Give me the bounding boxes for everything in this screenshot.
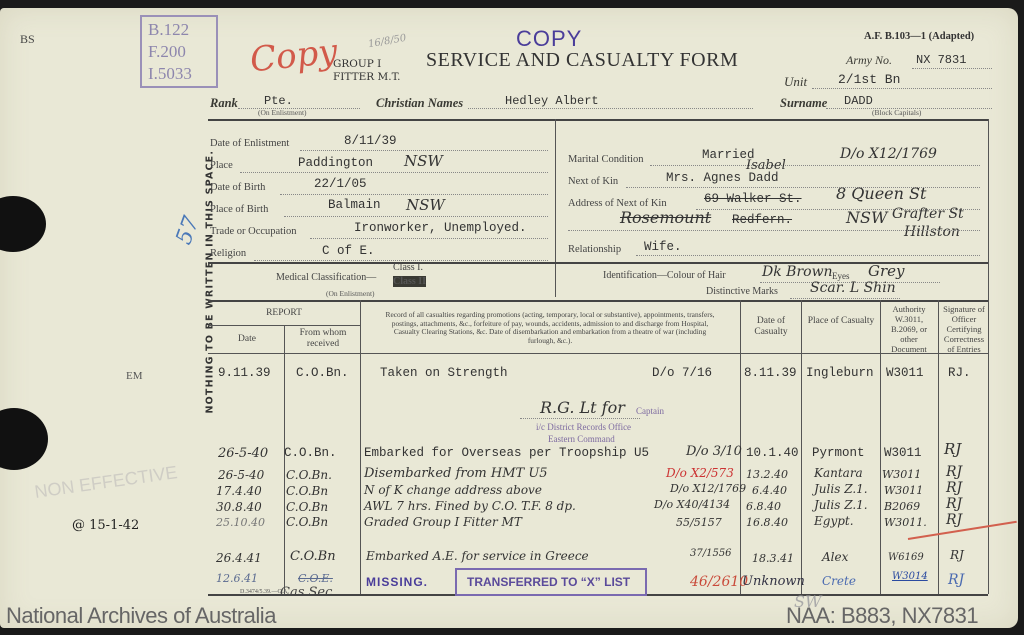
file-stamp-line-1: B.122 <box>148 19 210 41</box>
block-capitals-note: (Block Capitals) <box>872 108 921 117</box>
group-note: GROUP I FITTER M.T. <box>333 58 400 84</box>
punch-hole <box>0 196 46 252</box>
archive-name: National Archives of Australia <box>6 603 276 629</box>
file-reference-stamp: B.122 F.200 I.5033 <box>140 15 218 88</box>
archive-reference: NAA: B883, NX7831 <box>786 603 978 629</box>
address-hand-3: Grafter St <box>892 206 964 222</box>
margin-scribble: 57 <box>171 213 204 248</box>
date-of-birth-value: 22/1/05 <box>314 177 367 191</box>
medical-label: Medical Classification— <box>276 272 376 283</box>
place-of-birth-hand: NSW <box>406 196 445 214</box>
religion-label: Religion <box>210 248 246 259</box>
relationship-label: Relationship <box>568 244 621 255</box>
col-date-of-casualty: Date of Casualty <box>746 316 796 338</box>
place-value: Paddington <box>298 156 373 170</box>
relationship-value: Wife. <box>644 240 682 254</box>
distinctive-marks-value: Scar. L Shin <box>810 280 896 296</box>
christian-names-label: Christian Names <box>376 96 463 111</box>
address-struck-hand: Rosemount <box>620 208 711 227</box>
address-hand-1: 8 Queen St <box>836 184 926 203</box>
place-label: Place <box>210 160 233 171</box>
eyes-colour: Grey <box>868 262 905 280</box>
margin-date: @ 15-1-42 <box>72 518 139 533</box>
pencil-date: 16/8/50 <box>367 33 407 51</box>
place-of-birth-label: Place of Birth <box>210 204 268 215</box>
date-of-birth-label: Date of Birth <box>210 182 265 193</box>
marital-hand: D/o X12/1769 <box>840 146 937 162</box>
surname-value: DADD <box>844 94 873 108</box>
place-of-birth-value: Balmain <box>328 198 381 212</box>
date-of-enlistment-value: 8/11/39 <box>344 134 397 148</box>
identification-label: Identification—Colour of Hair <box>603 270 726 281</box>
punch-hole <box>0 408 48 470</box>
surname-label: Surname <box>780 96 827 111</box>
corner-mark-bs: BS <box>20 32 35 47</box>
next-of-kin-value: Mrs. Agnes Dadd <box>666 171 779 185</box>
copy-handwritten: Copy <box>248 32 339 81</box>
unit-value: 2/1st Bn <box>838 72 900 87</box>
address-hand-2: NSW <box>846 208 887 227</box>
col-signature: Signature of Officer Certifying Correctn… <box>940 304 988 354</box>
medical-note: (On Enlistment) <box>326 289 375 298</box>
christian-names-value: Hedley Albert <box>505 94 599 108</box>
next-of-kin-label: Next of Kin <box>568 176 618 187</box>
col-from-whom: From whom received <box>290 328 356 350</box>
col-authority: Authority W.3011, B.2069, or other Docum… <box>882 304 936 354</box>
trade-value: Ironworker, Unemployed. <box>354 221 527 235</box>
army-no-value: NX 7831 <box>916 53 966 67</box>
rank-label: Rank <box>210 96 238 111</box>
address-struck-2: Redfern. <box>732 213 792 227</box>
date-of-enlistment-label: Date of Enlistment <box>210 138 289 149</box>
form-number: A.F. B.103—1 (Adapted) <box>864 31 974 42</box>
service-casualty-form: BS B.122 F.200 I.5033 Copy GROUP I FITTE… <box>0 8 1018 628</box>
army-no-label: Army No. <box>846 53 892 68</box>
hair-colour: Dk Brown <box>762 264 833 280</box>
address-struck-1: 69 Walker St. <box>704 192 802 206</box>
non-effective-stamp: NON EFFECTIVE <box>33 462 179 503</box>
col-date: Date <box>210 334 284 345</box>
corner-mark-em: EM <box>126 370 143 382</box>
rank-note: (On Enlistment) <box>258 108 307 117</box>
distinctive-marks-label: Distinctive Marks <box>706 286 778 297</box>
religion-value: C of E. <box>322 244 375 258</box>
file-stamp-line-3: I.5033 <box>148 63 210 85</box>
place-hand: NSW <box>404 152 443 170</box>
address-hand-4: Hillston <box>904 224 960 240</box>
marital-label: Marital Condition <box>568 154 644 165</box>
form-title: SERVICE AND CASUALTY FORM <box>426 49 738 72</box>
medical-class: Class I. <box>393 262 423 273</box>
col-report: REPORT <box>210 308 358 319</box>
medical-class-struck: Class II <box>393 276 426 287</box>
cas-sec-note: Cas Sec <box>280 585 332 600</box>
unit-label: Unit <box>784 74 807 90</box>
transferred-x-list-stamp: TRANSFERRED TO “X” LIST <box>455 568 647 596</box>
col-place-of-casualty: Place of Casualty <box>806 316 876 327</box>
col-record: Record of all casualties regarding promo… <box>380 311 720 345</box>
trade-label: Trade or Occupation <box>210 226 297 237</box>
file-stamp-line-2: F.200 <box>148 41 210 63</box>
rank-value: Pte. <box>264 94 293 108</box>
